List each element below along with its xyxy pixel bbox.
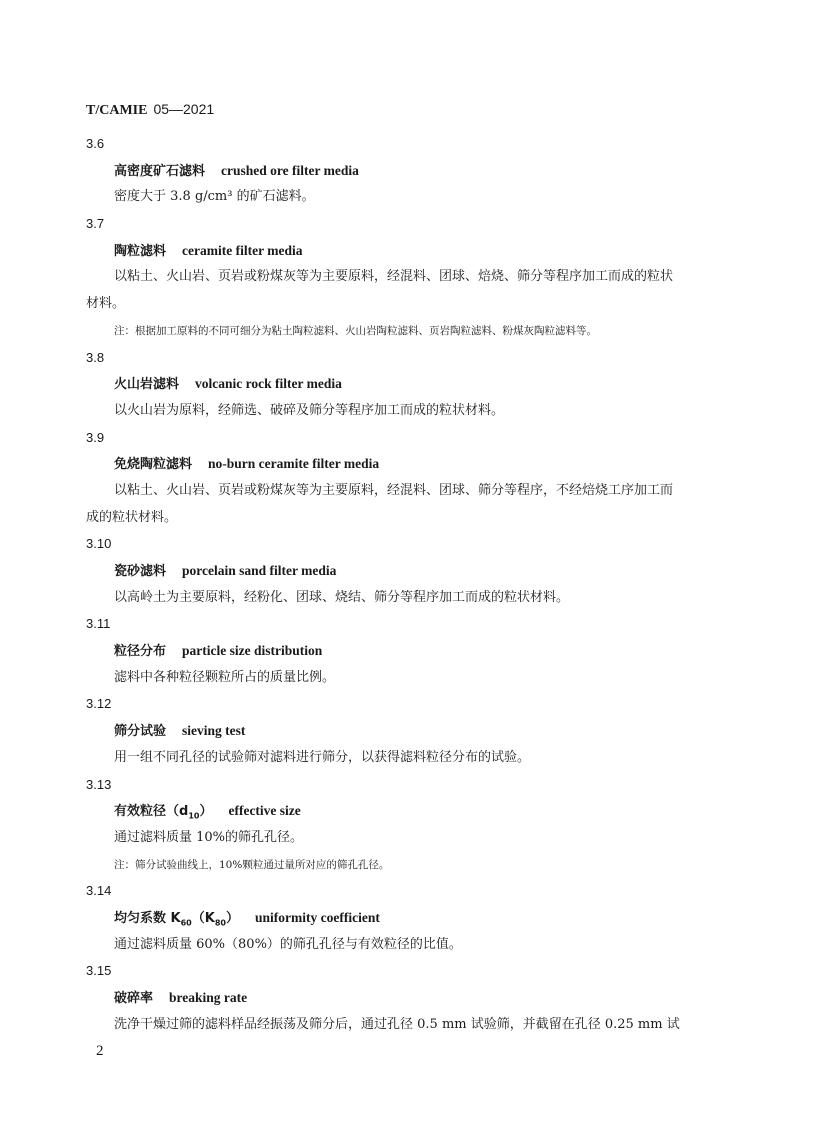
clause-number: 3.8	[86, 345, 726, 372]
clause-number: 3.13	[86, 772, 726, 799]
term-zh-suffix: ）	[226, 911, 239, 926]
term-heading: 火山岩滤料volcanic rock filter media	[86, 371, 726, 398]
term-heading: 陶粒滤料ceramite filter media	[86, 238, 726, 265]
document-body: 3.6 高密度矿石滤料crushed ore filter media 密度大于…	[86, 131, 726, 1038]
term-heading: 筛分试验sieving test	[86, 718, 726, 745]
term-heading: 高密度矿石滤料crushed ore filter media	[86, 158, 726, 185]
clause-number: 3.14	[86, 878, 726, 905]
definition: 以粘土、火山岩、页岩或粉煤灰等为主要原料，经混料、团球、焙烧、筛分等程序加工而成…	[86, 264, 726, 291]
term-en: effective size	[228, 803, 300, 818]
term-en: particle size distribution	[182, 643, 322, 658]
term-zh-mid: （K	[192, 911, 215, 926]
term-en: ceramite filter media	[182, 243, 302, 258]
clause-number: 3.11	[86, 611, 726, 638]
term-en: sieving test	[182, 723, 245, 738]
standard-number: 05—2021	[153, 101, 214, 117]
subscript: 10	[188, 812, 199, 821]
term-zh: 粒径分布	[114, 644, 166, 659]
term-en: uniformity coefficient	[255, 910, 380, 925]
term-zh: 瓷砂滤料	[114, 564, 166, 579]
term-zh: 筛分试验	[114, 724, 166, 739]
term-zh-suffix: ）	[199, 804, 212, 819]
clause-number: 3.9	[86, 425, 726, 452]
definition-continuation: 成的粒状材料。	[86, 505, 726, 532]
term-heading: 有效粒径（d10）effective size	[86, 798, 726, 825]
term-zh: 均匀系数 K60（K80）	[114, 911, 239, 926]
definition: 滤料中各种粒径颗粒所占的质量比例。	[86, 665, 726, 692]
clause-number: 3.10	[86, 531, 726, 558]
note: 注：根据加工原料的不同可细分为粘土陶粒滤料、火山岩陶粒滤料、页岩陶粒滤料、粉煤灰…	[86, 318, 726, 345]
term-en: crushed ore filter media	[221, 163, 359, 178]
definition-continuation: 材料。	[86, 291, 726, 318]
term-zh: 破碎率	[114, 991, 153, 1006]
note: 注：筛分试验曲线上，10%颗粒通过量所对应的筛孔孔径。	[86, 852, 726, 879]
definition: 通过滤料质量 60%（80%）的筛孔孔径与有效粒径的比值。	[86, 932, 726, 959]
term-heading: 瓷砂滤料porcelain sand filter media	[86, 558, 726, 585]
term-zh: 火山岩滤料	[114, 377, 179, 392]
page-number: 2	[96, 1043, 104, 1060]
definition: 通过滤料质量 10%的筛孔孔径。	[86, 825, 726, 852]
term-zh: 高密度矿石滤料	[114, 164, 205, 179]
term-zh: 陶粒滤料	[114, 244, 166, 259]
definition: 洗净干燥过筛的滤料样品经振荡及筛分后，通过孔径 0.5 mm 试验筛，并截留在孔…	[86, 1012, 726, 1039]
definition: 以粘土、火山岩、页岩或粉煤灰等为主要原料，经混料、团球、筛分等程序，不经焙烧工序…	[86, 478, 726, 505]
term-en: no-burn ceramite filter media	[208, 456, 379, 471]
term-heading: 均匀系数 K60（K80）uniformity coefficient	[86, 905, 726, 932]
term-heading: 免烧陶粒滤料no-burn ceramite filter media	[86, 451, 726, 478]
definition: 用一组不同孔径的试验筛对滤料进行筛分，以获得滤料粒径分布的试验。	[86, 745, 726, 772]
definition: 密度大于 3.8 g/cm³ 的矿石滤料。	[86, 184, 726, 211]
term-heading: 破碎率breaking rate	[86, 985, 726, 1012]
clause-number: 3.15	[86, 958, 726, 985]
definition: 以高岭土为主要原料，经粉化、团球、烧结、筛分等程序加工而成的粒状材料。	[86, 585, 726, 612]
term-zh-text: 有效粒径（d	[114, 804, 188, 819]
definition: 以火山岩为原料，经筛选、破碎及筛分等程序加工而成的粒状材料。	[86, 398, 726, 425]
term-heading: 粒径分布particle size distribution	[86, 638, 726, 665]
term-zh: 有效粒径（d10）	[114, 804, 212, 819]
term-zh-text: 均匀系数 K	[114, 911, 181, 926]
clause-number: 3.7	[86, 211, 726, 238]
clause-number: 3.12	[86, 691, 726, 718]
subscript: 80	[215, 919, 226, 928]
standard-prefix: T/CAMIE	[86, 103, 147, 118]
subscript: 60	[181, 919, 192, 928]
clause-number: 3.6	[86, 131, 726, 158]
term-en: volcanic rock filter media	[195, 376, 342, 391]
term-en: breaking rate	[169, 990, 247, 1005]
term-zh: 免烧陶粒滤料	[114, 457, 192, 472]
term-en: porcelain sand filter media	[182, 563, 336, 578]
document-header: T/CAMIE05—2021	[86, 101, 214, 119]
